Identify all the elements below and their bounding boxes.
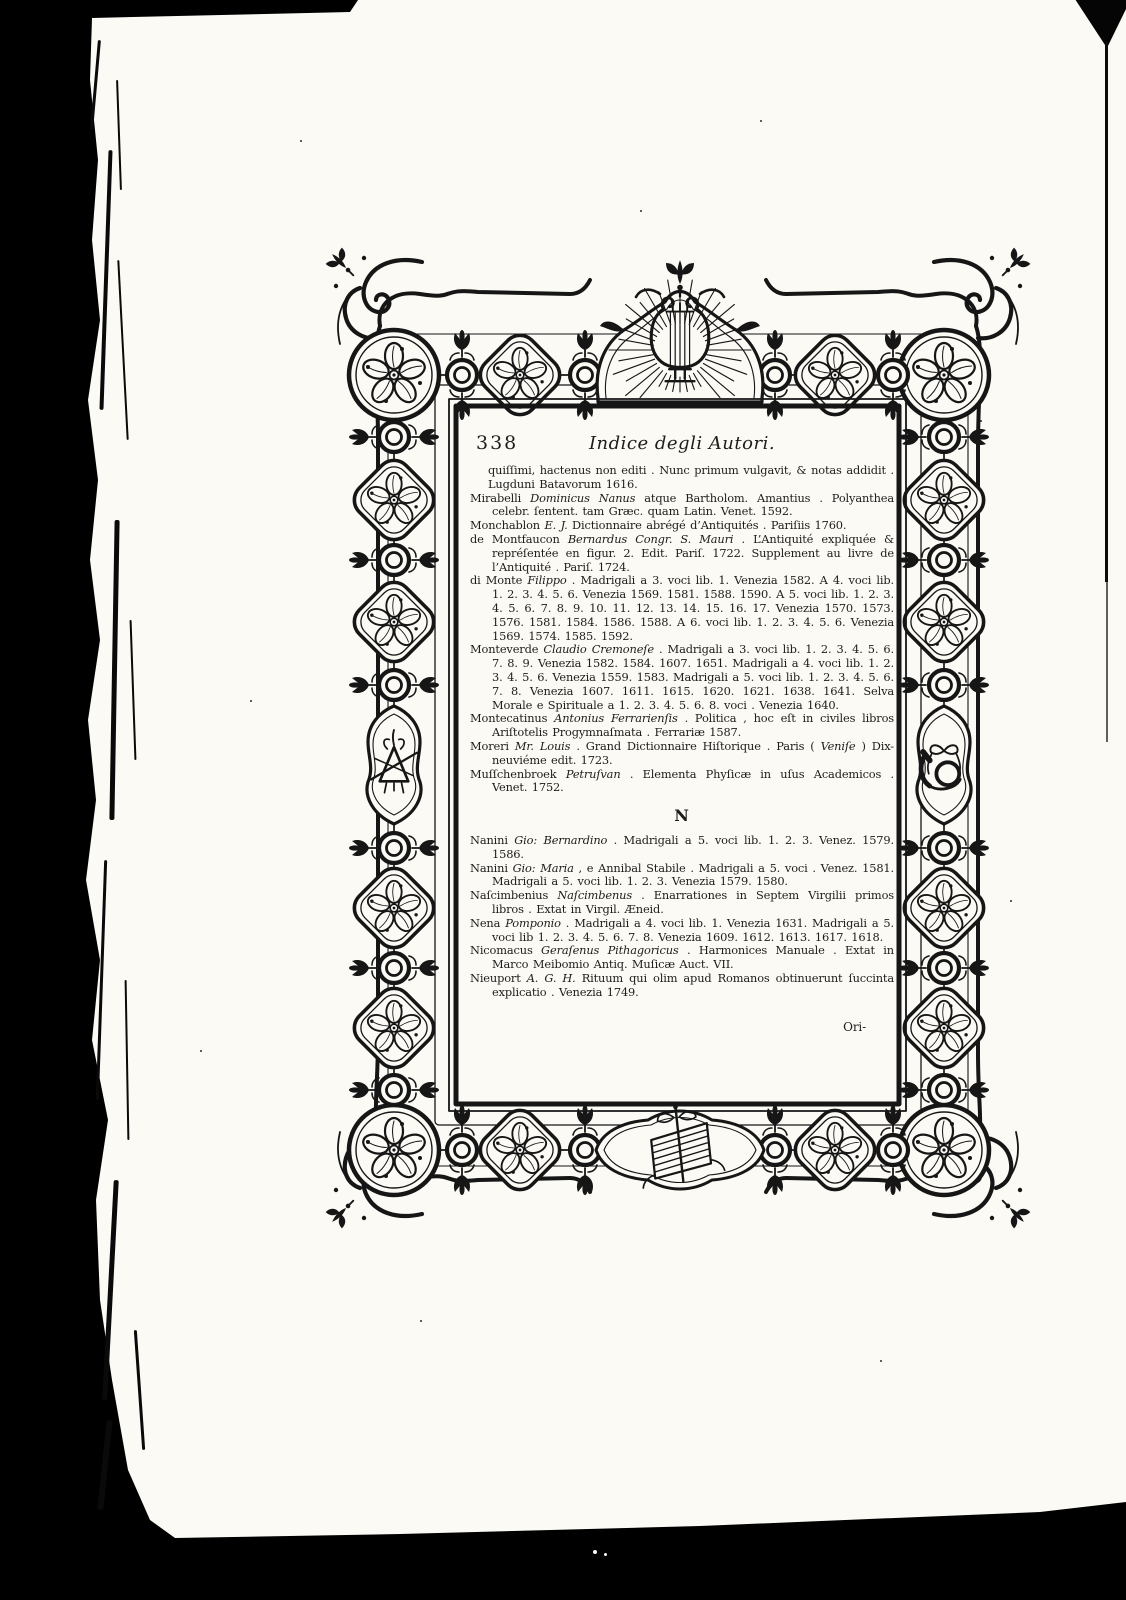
tulip-ornament [959,425,989,449]
tulip-ornament [899,673,929,697]
ros-r-ornament [899,330,989,420]
index-entry: de Montfaucon Bernardus Congr. S. Mauri … [470,533,894,574]
tulip-ornament [959,673,989,697]
ring-ornament [929,833,959,863]
index-entries: quiſſimi, hactenus non editi . Nunc prim… [470,464,894,999]
ring-ornament [878,360,908,390]
ring-ornament [929,422,959,452]
index-entry: di Monte Filippo . Madrigali a 3. voci l… [470,574,894,643]
ring-ornament [379,953,409,983]
ring-ornament [878,1135,908,1165]
ring-ornament [760,360,790,390]
tulip-ornament [349,425,379,449]
ring-ornament [379,670,409,700]
scan-speck [300,140,302,142]
tulip-ornament [899,548,929,572]
ros-r-ornament [899,1105,989,1195]
ring-ornament [929,545,959,575]
section-heading: N [470,809,894,823]
index-entry: Nanini Gio: Bernardino . Madrigali a 5. … [470,834,894,862]
tulip-ornament [959,548,989,572]
scan-speck [200,1050,202,1052]
ring-ornament [379,422,409,452]
page-title: Indice degli Autori. [470,433,894,454]
scan-speck [980,420,982,422]
scan-speck [880,1360,882,1362]
lyre-emblem [597,260,763,402]
ring-ornament [929,1075,959,1105]
running-header: 338 Indice degli Autori. [470,432,894,458]
triangle-trophy-emblem [367,706,421,824]
index-entry: Mirabelli Dominicus Nanus atque Bartholo… [470,492,894,520]
tulip-ornament [349,836,379,860]
page-edge-line-faint [1106,582,1108,742]
index-entry: Muſſchenbroek Petruſvan . Elementa Phyſi… [470,768,894,796]
scan-speck [640,210,642,212]
tulip-ornament [959,1078,989,1102]
ros-q-ornament [473,1103,566,1196]
ring-ornament [379,545,409,575]
scan-speck [1010,900,1012,902]
tulip-ornament [349,673,379,697]
tulip-ornament [899,1078,929,1102]
ros-r-ornament [349,330,439,420]
ring-ornament [447,1135,477,1165]
scan-speck [420,1320,422,1322]
ros-q-ornament [347,575,440,668]
torn-edge-streak [97,1420,112,1510]
scan-dust-dot [604,1553,607,1556]
scan-dust-dot [593,1550,597,1554]
tulip-ornament [450,1105,474,1135]
ros-q-ornament [347,453,440,546]
tulip-ornament [349,956,379,980]
tulip-ornament [763,1105,787,1135]
index-entry: Naſcimbenius Naſcimbenus . Enarrationes … [470,889,894,917]
ring-ornament [447,360,477,390]
tulip-ornament [899,836,929,860]
index-entry: quiſſimi, hactenus non editi . Nunc prim… [470,464,894,492]
tulip-ornament [573,1105,597,1135]
index-entry: Monchablon E. J. Dictionnaire abrégé d’A… [470,519,894,533]
tulip-ornament [899,425,929,449]
index-entry: Nicomacus Geraſenus Pithagoricus . Harmo… [470,944,894,972]
page-edge-line [1105,42,1108,582]
scan-speck [250,700,252,702]
ros-q-ornament [347,861,440,954]
ros-q-ornament [788,1103,881,1196]
index-entry: Montecatinus Antonius Ferrarienſis . Pol… [470,712,894,740]
tulip-ornament [959,956,989,980]
ros-r-ornament [349,1105,439,1195]
hunting-horn-emblem [917,706,971,824]
panpipes-emblem [596,1100,764,1189]
tulip-ornament [899,956,929,980]
book-scan: { "page": { "page_number": "338", "title… [0,0,1126,1600]
index-entry: Monteverde Claudio Cremoneſe . Madrigali… [470,643,894,712]
ring-ornament [379,1075,409,1105]
index-entry: Nena Pomponio . Madrigali a 4. voci lib.… [470,917,894,945]
tulip-ornament [349,548,379,572]
index-entry: Nanini Gio: Maria , e Annibal Stabile . … [470,862,894,890]
index-entry: Moreri Mr. Louis . Grand Dictionnaire Hi… [470,740,894,768]
index-entry: Nieuport A. G. H. Rituum qui olim apud R… [470,972,894,1000]
ring-ornament [379,833,409,863]
tulip-ornament [959,836,989,860]
text-panel: 338 Indice degli Autori. quiſſimi, hacte… [470,432,894,1047]
ring-ornament [570,360,600,390]
ros-q-ornament [347,981,440,1074]
ring-ornament [929,670,959,700]
ring-ornament [929,953,959,983]
scan-speck [760,120,762,122]
catchword: Ori- [470,1021,894,1035]
